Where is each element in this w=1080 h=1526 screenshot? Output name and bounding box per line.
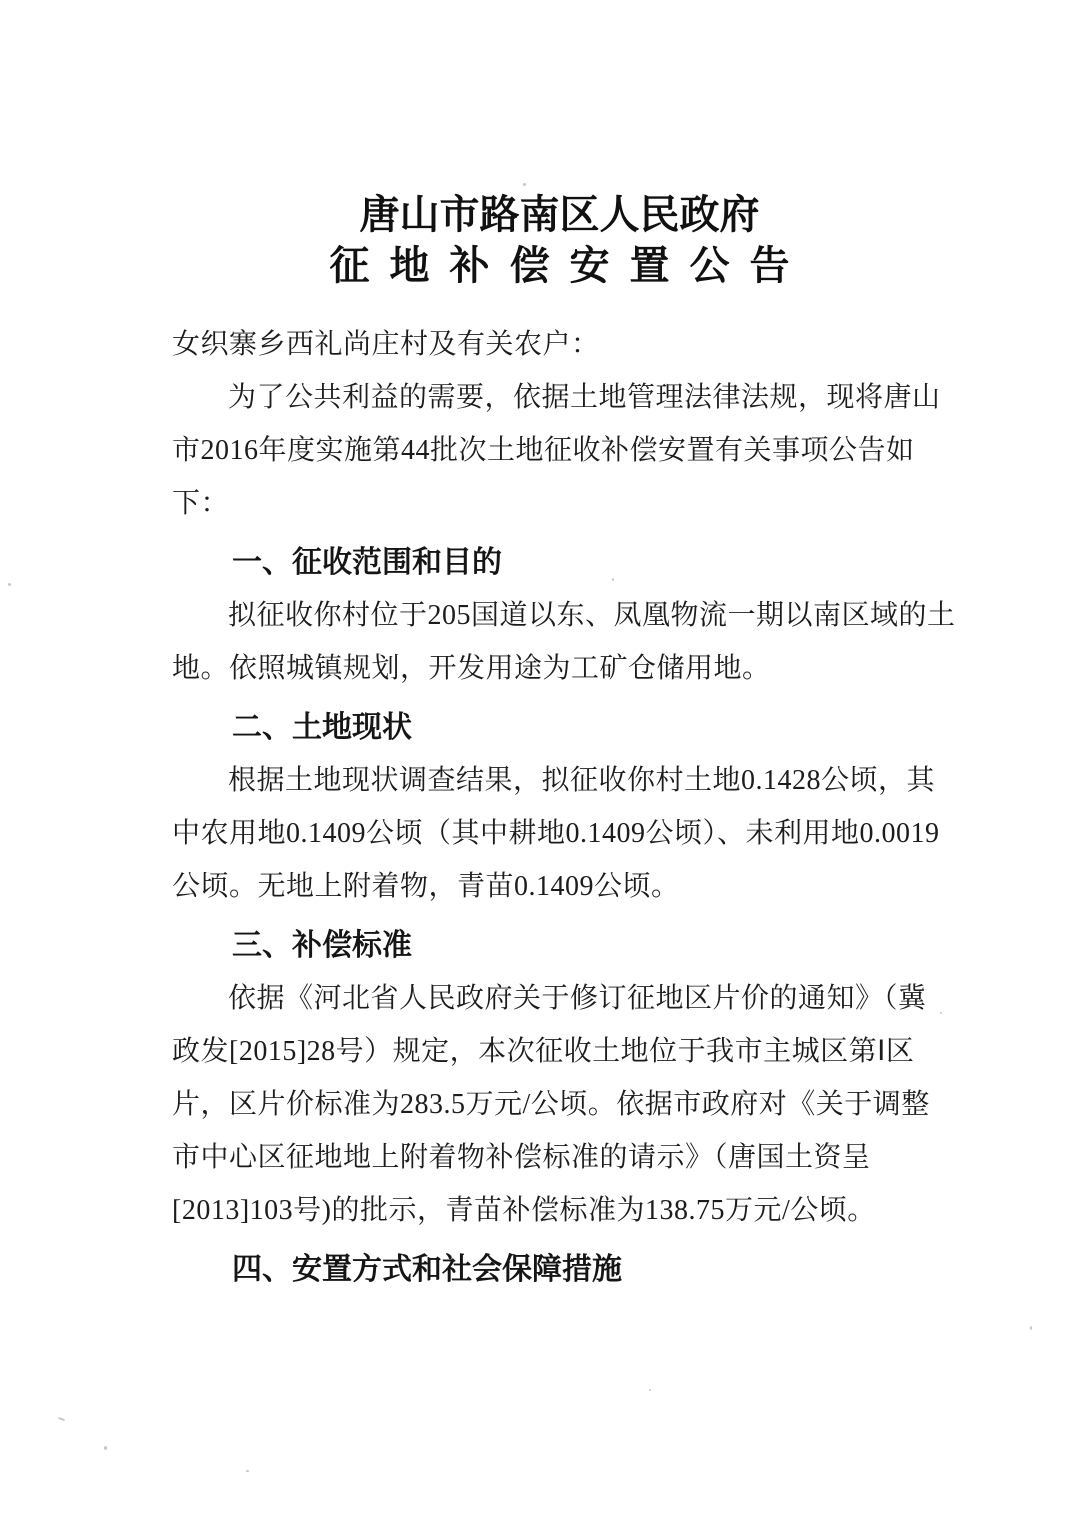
document-title: 唐山市路南区人民政府: [172, 190, 947, 240]
scan-speck: [612, 578, 614, 581]
section-heading-4: 四、安置方式和社会保障措施: [172, 1243, 947, 1296]
body-line: 根据土地现状调查结果，拟征收你村土地0.1428公顷，其: [172, 754, 947, 807]
scan-speck: [8, 583, 11, 586]
body-line: 依据《河北省人民政府关于修订征地区片价的通知》（冀: [172, 972, 947, 1025]
body-line: [2013]103号)的批示，青苗补偿标准为138.75万元/公顷。: [172, 1184, 947, 1237]
section-heading-3: 三、补偿标准: [172, 919, 947, 972]
scan-speck: [104, 1446, 107, 1450]
scan-speck: [523, 183, 526, 186]
intro-line: 为了公共利益的需要，依据土地管理法律法规，现将唐山: [172, 371, 947, 424]
intro-line: 市2016年度实施第44批次土地征收补偿安置有关事项公告如: [172, 424, 947, 477]
scan-speck: [246, 1470, 249, 1472]
body-line: 市中心区征地地上附着物补偿标准的请示》（唐国土资呈: [172, 1131, 947, 1184]
body-line: 公顷。无地上附着物，青苗0.1409公顷。: [172, 860, 947, 913]
scan-speck: [649, 1389, 651, 1391]
document-subtitle-text: 征地补偿安置公告: [330, 244, 810, 288]
body-line: 中农用地0.1409公顷（其中耕地0.1409公顷）、未利用地0.0019: [172, 807, 947, 860]
section-heading-2: 二、土地现状: [172, 701, 947, 754]
scanned-document-page: 唐山市路南区人民政府 征地补偿安置公告 女织寨乡西礼尚庄村及有关农户： 为了公共…: [172, 0, 947, 1296]
body-line: 片，区片价标准为283.5万元/公顷。依据市政府对《关于调整: [172, 1078, 947, 1131]
scan-speck: [1030, 1326, 1032, 1330]
section-heading-1: 一、征收范围和目的: [172, 536, 947, 589]
salutation: 女织寨乡西礼尚庄村及有关农户：: [172, 318, 947, 371]
scan-speck: [58, 1417, 65, 1421]
intro-line: 下：: [172, 477, 947, 530]
document-subtitle: 征地补偿安置公告: [172, 240, 947, 292]
scan-speck: [940, 1012, 942, 1014]
body-line: 政发[2015]28号）规定，本次征收土地位于我市主城区第Ⅰ区: [172, 1025, 947, 1078]
scan-speck: [875, 452, 877, 454]
body-line: 拟征收你村位于205国道以东、凤凰物流一期以南区域的土: [172, 589, 947, 642]
body-line: 地。依照城镇规划，开发用途为工矿仓储用地。: [172, 642, 947, 695]
